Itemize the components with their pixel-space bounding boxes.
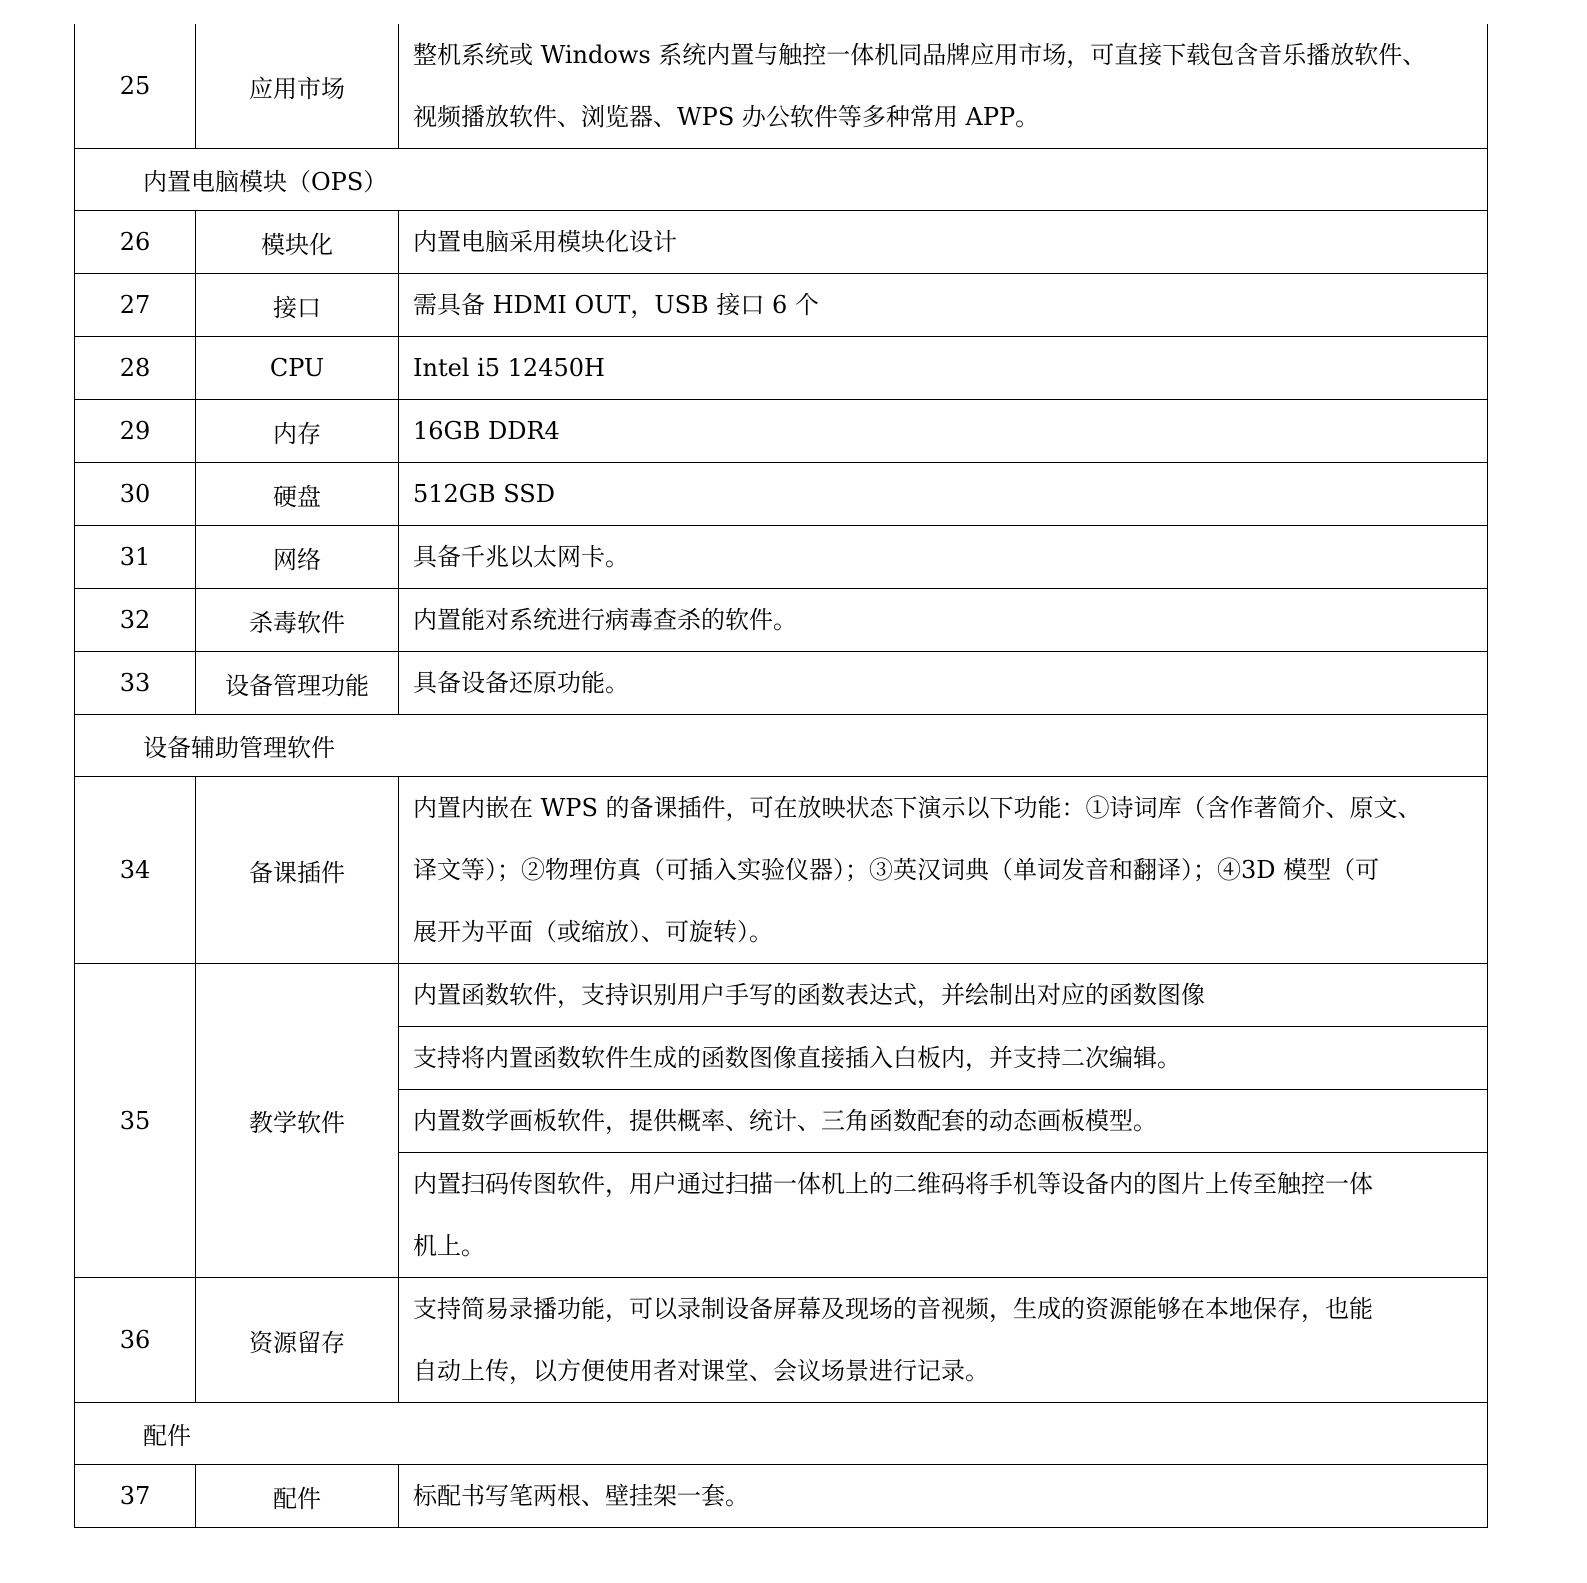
description-line: 自动上传，以方便使用者对课堂、会议场景进行记录。 (399, 1340, 1487, 1402)
description-line: 展开为平面（或缩放）、可旋转）。 (399, 901, 1487, 963)
item-number: 30 (75, 463, 196, 525)
item-name: CPU (196, 337, 399, 399)
item-name: 硬盘 (196, 463, 399, 525)
description-line: 内置函数软件，支持识别用户手写的函数表达式，并绘制出对应的函数图像 (399, 964, 1213, 1026)
item-description: 具备设备还原功能。 (399, 652, 1487, 714)
description-line: 内置能对系统进行病毒查杀的软件。 (399, 589, 1487, 651)
item-number: 28 (75, 337, 196, 399)
item-number: 33 (75, 652, 196, 714)
table-row: 30硬盘512GB SSD (74, 463, 1488, 526)
item-name: 资源留存 (196, 1278, 399, 1402)
description-line: 内置扫码传图软件，用户通过扫描一体机上的二维码将手机等设备内的图片上传至触控一体 (399, 1153, 1381, 1215)
table-row: 32杀毒软件内置能对系统进行病毒查杀的软件。 (74, 589, 1488, 652)
item-description: 整机系统或 Windows 系统内置与触控一体机同品牌应用市场，可直接下载包含音… (399, 24, 1487, 148)
sub-description-cell: 内置扫码传图软件，用户通过扫描一体机上的二维码将手机等设备内的图片上传至触控一体… (399, 1153, 1487, 1277)
description-line: 具备设备还原功能。 (399, 652, 1487, 714)
table-row: 28CPUIntel i5 12450H (74, 337, 1488, 400)
description-line: 译文等）；②物理仿真（可插入实验仪器）；③英汉词典（单词发音和翻译）；④3D 模… (399, 839, 1487, 901)
table-row: 33设备管理功能具备设备还原功能。 (74, 652, 1488, 715)
table-row: 29内存16GB DDR4 (74, 400, 1488, 463)
description-line: 整机系统或 Windows 系统内置与触控一体机同品牌应用市场，可直接下载包含音… (399, 24, 1487, 86)
item-description: Intel i5 12450H (399, 337, 1487, 399)
description-line: 需具备 HDMI OUT，USB 接口 6 个 (399, 274, 1487, 336)
item-number: 25 (75, 24, 196, 148)
table-row: 27接口需具备 HDMI OUT，USB 接口 6 个 (74, 274, 1488, 337)
spec-table: 25应用市场整机系统或 Windows 系统内置与触控一体机同品牌应用市场，可直… (74, 24, 1488, 1528)
item-name: 内存 (196, 400, 399, 462)
section-title: 设备辅助管理软件 (143, 728, 335, 763)
description-line: Intel i5 12450H (399, 337, 1487, 399)
item-description: 内置内嵌在 WPS 的备课插件，可在放映状态下演示以下功能：①诗词库（含作著简介… (399, 777, 1487, 963)
item-name: 应用市场 (196, 24, 399, 148)
item-name: 配件 (196, 1465, 399, 1527)
description-line: 512GB SSD (399, 463, 1487, 525)
item-name: 模块化 (196, 211, 399, 273)
item-number: 34 (75, 777, 196, 963)
section-title: 内置电脑模块（OPS） (143, 162, 387, 197)
sub-description-cell: 支持将内置函数软件生成的函数图像直接插入白板内，并支持二次编辑。 (399, 1027, 1487, 1090)
item-name: 设备管理功能 (196, 652, 399, 714)
item-number: 31 (75, 526, 196, 588)
sub-description-lines: 内置数学画板软件，提供概率、统计、三角函数配套的动态画板模型。 (399, 1090, 1165, 1152)
description-line: 标配书写笔两根、壁挂架一套。 (399, 1465, 1487, 1527)
item-number: 27 (75, 274, 196, 336)
sub-description-cell: 内置数学画板软件，提供概率、统计、三角函数配套的动态画板模型。 (399, 1090, 1487, 1153)
sub-description-lines: 支持将内置函数软件生成的函数图像直接插入白板内，并支持二次编辑。 (399, 1027, 1189, 1089)
item-description: 512GB SSD (399, 463, 1487, 525)
table-row: 37配件标配书写笔两根、壁挂架一套。 (74, 1465, 1488, 1528)
item-description: 内置电脑采用模块化设计 (399, 211, 1487, 273)
item-number: 32 (75, 589, 196, 651)
item-number: 35 (75, 964, 196, 1277)
item-description: 16GB DDR4 (399, 400, 1487, 462)
section-header-row: 设备辅助管理软件 (74, 715, 1488, 777)
item-number: 36 (75, 1278, 196, 1402)
table-row: 31网络具备千兆以太网卡。 (74, 526, 1488, 589)
item-description: 内置能对系统进行病毒查杀的软件。 (399, 589, 1487, 651)
table-row: 35教学软件内置函数软件，支持识别用户手写的函数表达式，并绘制出对应的函数图像支… (74, 964, 1488, 1278)
item-description: 需具备 HDMI OUT，USB 接口 6 个 (399, 274, 1487, 336)
item-number: 37 (75, 1465, 196, 1527)
item-name: 备课插件 (196, 777, 399, 963)
sub-description-lines: 内置扫码传图软件，用户通过扫描一体机上的二维码将手机等设备内的图片上传至触控一体… (399, 1153, 1381, 1277)
section-title: 配件 (143, 1416, 191, 1451)
item-description: 标配书写笔两根、壁挂架一套。 (399, 1465, 1487, 1527)
sub-description-lines: 内置函数软件，支持识别用户手写的函数表达式，并绘制出对应的函数图像 (399, 964, 1213, 1026)
description-line: 机上。 (399, 1215, 1381, 1277)
description-line: 视频播放软件、浏览器、WPS 办公软件等多种常用 APP。 (399, 86, 1487, 148)
item-name: 网络 (196, 526, 399, 588)
description-line: 内置数学画板软件，提供概率、统计、三角函数配套的动态画板模型。 (399, 1090, 1165, 1152)
item-number: 26 (75, 211, 196, 273)
description-line: 支持将内置函数软件生成的函数图像直接插入白板内，并支持二次编辑。 (399, 1027, 1189, 1089)
sub-description-cell: 内置函数软件，支持识别用户手写的函数表达式，并绘制出对应的函数图像 (399, 964, 1487, 1027)
table-row: 34备课插件内置内嵌在 WPS 的备课插件，可在放映状态下演示以下功能：①诗词库… (74, 777, 1488, 964)
description-line: 内置电脑采用模块化设计 (399, 211, 1487, 273)
item-description: 支持简易录播功能，可以录制设备屏幕及现场的音视频，生成的资源能够在本地保存，也能… (399, 1278, 1487, 1402)
item-name: 杀毒软件 (196, 589, 399, 651)
item-name: 教学软件 (196, 964, 399, 1277)
item-description: 具备千兆以太网卡。 (399, 526, 1487, 588)
item-number: 29 (75, 400, 196, 462)
description-line: 16GB DDR4 (399, 400, 1487, 462)
item-description: 内置函数软件，支持识别用户手写的函数表达式，并绘制出对应的函数图像支持将内置函数… (399, 964, 1487, 1277)
section-header-row: 内置电脑模块（OPS） (74, 149, 1488, 211)
section-header-row: 配件 (74, 1403, 1488, 1465)
table-row: 26模块化内置电脑采用模块化设计 (74, 211, 1488, 274)
description-line: 内置内嵌在 WPS 的备课插件，可在放映状态下演示以下功能：①诗词库（含作著简介… (399, 777, 1487, 839)
description-line: 具备千兆以太网卡。 (399, 526, 1487, 588)
item-name: 接口 (196, 274, 399, 336)
description-line: 支持简易录播功能，可以录制设备屏幕及现场的音视频，生成的资源能够在本地保存，也能 (399, 1278, 1487, 1340)
table-row: 25应用市场整机系统或 Windows 系统内置与触控一体机同品牌应用市场，可直… (74, 24, 1488, 149)
table-row: 36资源留存支持简易录播功能，可以录制设备屏幕及现场的音视频，生成的资源能够在本… (74, 1278, 1488, 1403)
